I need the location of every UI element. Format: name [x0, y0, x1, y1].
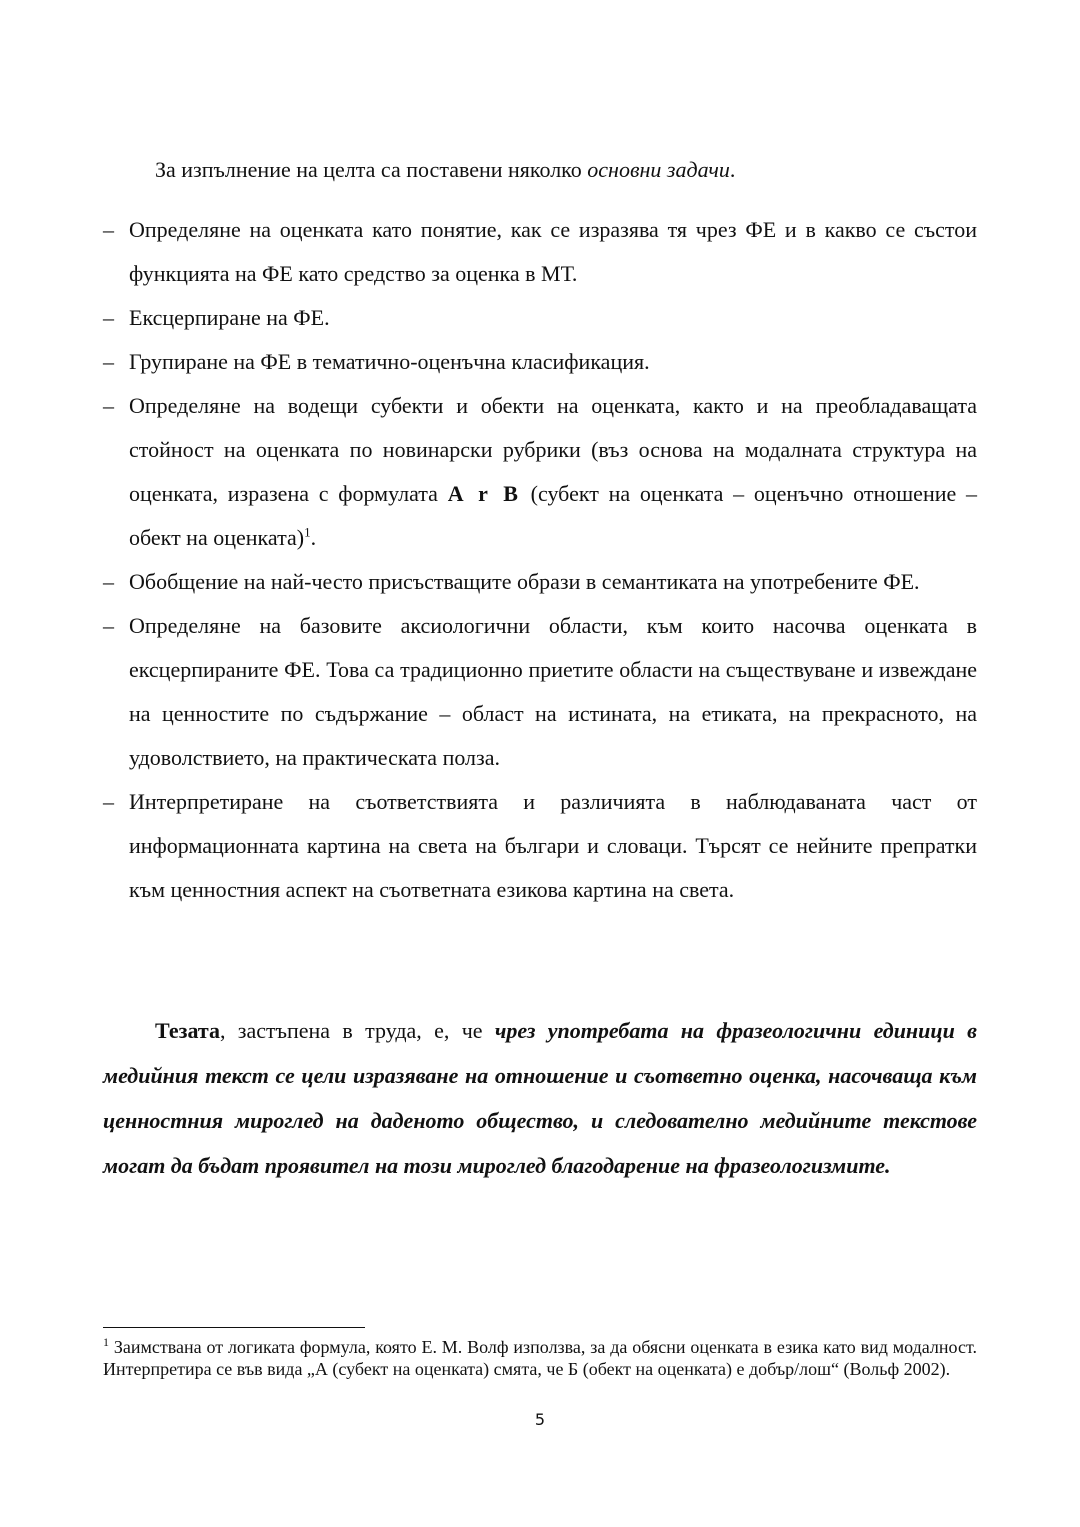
dash-bullet-icon: –	[103, 340, 114, 384]
thesis-lead: Тезата	[155, 1018, 220, 1043]
dash-bullet-icon: –	[103, 296, 114, 340]
intro-end: .	[730, 157, 736, 182]
document-page: За изпълнение на целта са поставени няко…	[0, 0, 1080, 1527]
thesis-middle: , застъпена в труда, е, че	[220, 1018, 495, 1043]
list-item: –Определяне на водещи субекти и обекти н…	[103, 384, 977, 560]
intro-italic-term: основни задачи	[587, 157, 730, 182]
list-item: –Определяне на оценката като понятие, ка…	[103, 208, 977, 296]
list-item-text: Ексцерпиране на ФЕ.	[129, 305, 330, 330]
dash-bullet-icon: –	[103, 384, 114, 428]
tasks-list: –Определяне на оценката като понятие, ка…	[103, 208, 977, 912]
list-item-text: Определяне на базовите аксиологични обла…	[129, 613, 977, 770]
footnote-divider	[103, 1327, 365, 1328]
list-item: –Групиране на ФЕ в тематично-оценъчна кл…	[103, 340, 977, 384]
thesis-paragraph: Тезата, застъпена в труда, е, че чрез уп…	[103, 1008, 977, 1188]
list-item-text: Интерпретиране на съответствията и разли…	[129, 789, 977, 902]
dash-bullet-icon: –	[103, 780, 114, 824]
page-number: 5	[0, 1410, 1080, 1429]
list-item-end: .	[311, 525, 317, 550]
dash-bullet-icon: –	[103, 604, 114, 648]
list-item: –Определяне на базовите аксиологични обл…	[103, 604, 977, 780]
list-item: –Интерпретиране на съответствията и разл…	[103, 780, 977, 912]
footnote-text: Заимствана от логиката формула, която Е.…	[103, 1337, 977, 1379]
footnote: 1 Заимствана от логиката формула, която …	[103, 1336, 977, 1380]
list-item-text: Обобщение на най-често присъстващите обр…	[129, 569, 920, 594]
dash-bullet-icon: –	[103, 208, 114, 252]
list-item-text: Определяне на оценката като понятие, как…	[129, 217, 977, 286]
formula: A r B	[448, 481, 521, 506]
intro-paragraph: За изпълнение на целта са поставени няко…	[155, 152, 985, 188]
list-item-text: Групиране на ФЕ в тематично-оценъчна кла…	[129, 349, 650, 374]
list-item: –Обобщение на най-често присъстващите об…	[103, 560, 977, 604]
dash-bullet-icon: –	[103, 560, 114, 604]
intro-text: За изпълнение на целта са поставени няко…	[155, 157, 587, 182]
list-item: –Ексцерпиране на ФЕ.	[103, 296, 977, 340]
